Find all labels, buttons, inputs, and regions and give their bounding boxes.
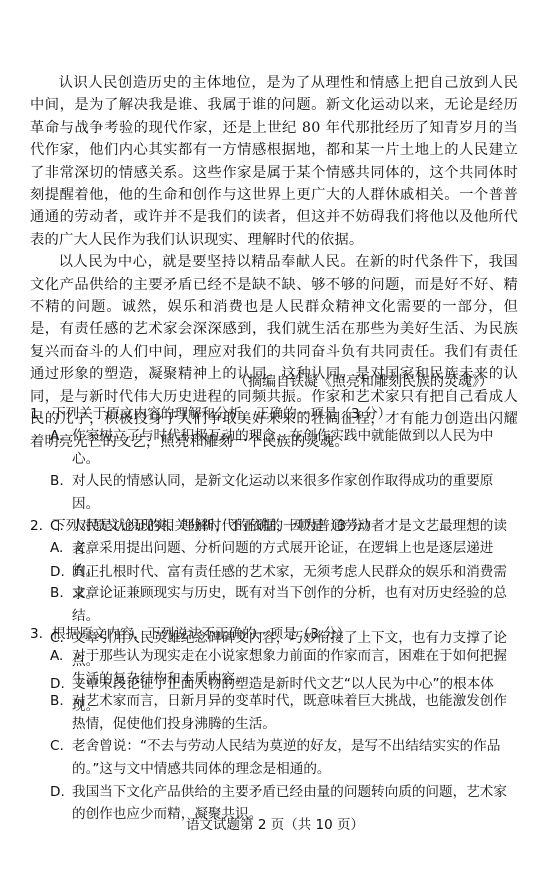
option-text: 文章采用提出问题、分析问题的方式展开论证，在逻辑上也是逐层递进的。 <box>72 537 520 582</box>
question-stem: 3. 根据原文内容，下列说法不正确的一项是（3 分） <box>30 623 520 645</box>
question-text: 根据原文内容，下列说法不正确的一项是（3 分） <box>52 623 350 645</box>
option-letter: A. <box>50 537 63 560</box>
option-b: B. 对人民的情感认同，是新文化运动以来很多作家创作取得成功的重要原因。 <box>30 470 520 515</box>
option-letter: B. <box>50 690 64 713</box>
page-footer: 语文试题第 2 页（共 10 页） <box>0 815 550 835</box>
option-a: A. 作家树立了与时代积极互动的理念，在创作实践中就能做到以人民为中心。 <box>30 425 520 470</box>
question-stem: 1. 下列关于原文内容的理解和分析，正确的一项是（3 分） <box>30 403 520 425</box>
question-number: 3. <box>30 623 52 645</box>
passage-paragraph-1: 认识人民创造历史的主体地位，是为了从理性和情感上把自己放到人民中间，是为了解决我… <box>30 72 518 251</box>
question-text: 下列对原文论证的相关分析，不正确的一项是（3 分） <box>52 515 378 537</box>
option-b: B. 对艺术家而言，日新月异的变革时代，既意味着巨大挑战，也能激发创作热情，促使… <box>30 690 520 735</box>
question-text: 下列关于原文内容的理解和分析，正确的一项是（3 分） <box>52 403 391 425</box>
option-letter: C. <box>50 735 64 758</box>
option-text: 作家树立了与时代积极互动的理念，在创作实践中就能做到以人民为中心。 <box>72 425 520 470</box>
reading-passage: 认识人民创造历史的主体地位，是为了从理性和情感上把自己放到人民中间，是为了解决我… <box>30 72 518 453</box>
question-number: 2. <box>30 515 52 537</box>
option-text: 老舍曾说：“不去与劳动人民结为莫逆的好友，是写不出结结实实的作品的。”这与文中情… <box>72 735 520 780</box>
option-letter: B. <box>50 470 64 493</box>
option-text: 对于那些认为现实走在小说家想象力前面的作家而言，困难在于如何把握生活的复杂结构和… <box>72 645 520 690</box>
option-c: C. 老舍曾说：“不去与劳动人民结为莫逆的好友，是写不出结结实实的作品的。”这与… <box>30 735 520 780</box>
option-a: A. 对于那些认为现实走在小说家想象力前面的作家而言，困难在于如何把握生活的复杂… <box>30 645 520 690</box>
question-3: 3. 根据原文内容，下列说法不正确的一项是（3 分） A. 对于那些认为现实走在… <box>30 623 520 826</box>
option-text: 对艺术家而言，日新月异的变革时代，既意味着巨大挑战，也能激发创作热情，促使他们投… <box>72 690 520 735</box>
option-a: A. 文章采用提出问题、分析问题的方式展开论证，在逻辑上也是逐层递进的。 <box>30 537 520 582</box>
question-stem: 2. 下列对原文论证的相关分析，不正确的一项是（3 分） <box>30 515 520 537</box>
question-number: 1. <box>30 403 52 425</box>
passage-source: （摘编自铁凝《照亮和雕刻民族的灵魂》） <box>0 371 493 393</box>
option-text: 对人民的情感认同，是新文化运动以来很多作家创作取得成功的重要原因。 <box>72 470 520 515</box>
option-letter: A. <box>50 645 63 668</box>
option-text: 文章论证兼顾现实与历史，既有对当下创作的分析，也有对历史经验的总结。 <box>72 582 520 627</box>
exam-page: 认识人民创造历史的主体地位，是为了从理性和情感上把自己放到人民中间，是为了解决我… <box>0 0 550 894</box>
option-b: B. 文章论证兼顾现实与历史，既有对当下创作的分析，也有对历史经验的总结。 <box>30 582 520 627</box>
option-letter: D. <box>50 781 65 804</box>
option-letter: A. <box>50 425 63 448</box>
option-letter: B. <box>50 582 64 605</box>
